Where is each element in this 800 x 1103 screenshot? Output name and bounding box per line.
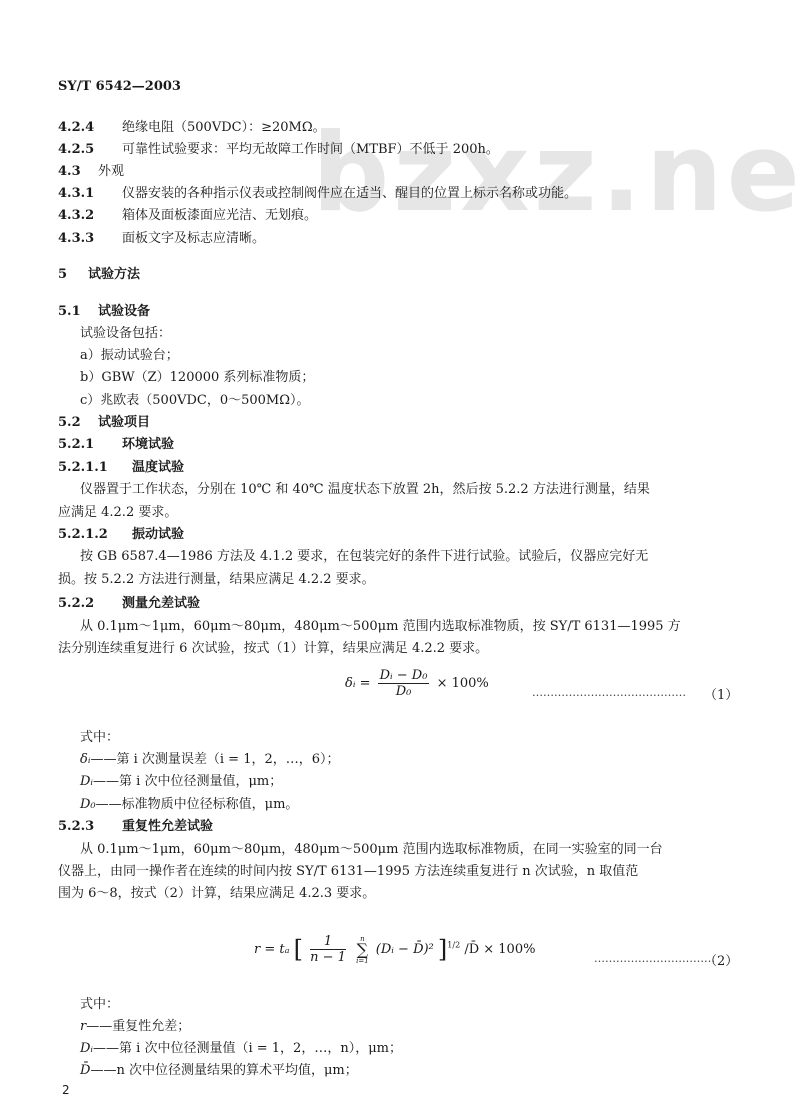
clause-title: 重复性允差试验	[122, 819, 213, 834]
clause-4-3-1: 4.3.1仪器安装的各种指示仪表或控制阀件应在适当、醒目的位置上标示名称或功能。	[58, 186, 577, 202]
paragraph-line: 应满足 4.2.2 要求。	[58, 505, 177, 521]
formula-fraction: 1 n − 1	[310, 934, 346, 965]
left-bracket: [	[294, 936, 303, 964]
page-number: 2	[62, 1083, 70, 1097]
clause-number: 5.1	[58, 304, 98, 320]
clause-5-2: 5.2试验项目	[58, 415, 150, 431]
clause-4-3: 4.3外观	[58, 164, 124, 180]
equipment-item: c）兆欧表（500VDC，0～500MΩ）。	[80, 393, 310, 409]
formula-suffix: /D̄ × 100%	[464, 942, 535, 957]
equipment-item: b）GBW（Z）120000 系列标准物质；	[80, 370, 314, 386]
formula-2: r = tₐ [ 1 n − 1 n∑i=1 (Dᵢ − D̄)² ]1/2 /…	[254, 934, 535, 965]
definition-text: 标准物质中位径标称值，μm。	[122, 797, 299, 812]
chapter-number: 5	[58, 267, 88, 283]
variable-definition: D₀——标准物质中位径标称值，μm。	[80, 797, 298, 813]
clause-4-2-5: 4.2.5可靠性试验要求：平均无故障工作时间（MTBF）不低于 200h。	[58, 142, 499, 158]
clause-title: 振动试验	[132, 527, 184, 542]
clause-title: 温度试验	[132, 460, 184, 475]
clause-text: 面板文字及标志应清晰。	[122, 231, 265, 246]
variable-definition: δᵢ——第 i 次测量误差（i = 1，2，…，6）；	[80, 752, 340, 768]
variable-symbol: Dᵢ	[80, 1041, 93, 1056]
clause-5-2-2: 5.2.2测量允差试验	[58, 596, 200, 612]
paragraph-line: 仪器上，由同一操作者在连续的时间内按 SY/T 6131—1995 方法连续重复…	[58, 864, 638, 880]
formula-lhs: r = tₐ	[254, 942, 289, 957]
formula-exponent: 1/2	[447, 941, 460, 950]
clause-number: 4.3.3	[58, 231, 122, 247]
clause-number: 4.3.2	[58, 208, 122, 224]
paragraph-line: 围为 6～8，按式（2）计算，结果应满足 4.2.3 要求。	[58, 886, 375, 902]
clause-number: 5.2.3	[58, 819, 122, 835]
definition-text: 第 i 次中位径测量值（i = 1，2，…，n），μm；	[119, 1041, 402, 1056]
clause-text: 可靠性试验要求：平均无故障工作时间（MTBF）不低于 200h。	[122, 142, 499, 157]
definition-dash: ——	[93, 1041, 119, 1056]
clause-5-2-1-1: 5.2.1.1温度试验	[58, 460, 184, 476]
fraction-denominator: D₀	[378, 684, 430, 699]
clause-5-2-1: 5.2.1环境试验	[58, 437, 174, 453]
variable-symbol: D₀	[80, 797, 96, 812]
clause-title: 环境试验	[122, 437, 174, 452]
clause-number: 4.2.4	[58, 120, 122, 136]
document-header: SY/T 6542—2003	[58, 79, 181, 95]
definition-dash: ——	[90, 1063, 116, 1078]
formula-lhs: δᵢ =	[345, 676, 370, 691]
formula-leader-dots: ……………………………	[594, 952, 715, 965]
formula-body: (Dᵢ − D̄)²	[376, 942, 434, 957]
variable-symbol: δᵢ	[80, 752, 90, 767]
paragraph-line: 损。按 5.2.2 方法进行测量，结果应满足 4.2.2 要求。	[58, 572, 375, 588]
right-bracket: ]	[438, 936, 447, 964]
where-label: 式中：	[80, 730, 119, 746]
clause-number: 5.2.2	[58, 596, 122, 612]
fraction-denominator: n − 1	[310, 950, 346, 965]
chapter-5-heading: 5试验方法	[58, 267, 140, 283]
formula-fraction: Dᵢ − D₀ D₀	[378, 668, 430, 699]
fraction-numerator: 1	[310, 934, 346, 950]
equipment-item: a）振动试验台；	[80, 348, 179, 364]
definition-dash: ——	[96, 797, 122, 812]
paragraph-line: 按 GB 6587.4—1986 方法及 4.1.2 要求，在包装完好的条件下进…	[80, 549, 648, 565]
definition-dash: ——	[90, 752, 116, 767]
definition-text: 第 i 次测量误差（i = 1，2，…，6）；	[116, 752, 339, 767]
clause-text: 仪器安装的各种指示仪表或控制阀件应在适当、醒目的位置上标示名称或功能。	[122, 186, 577, 201]
clause-number: 5.2.1.2	[58, 527, 132, 543]
summation-symbol: n∑i=1	[356, 935, 369, 965]
definition-dash: ——	[86, 1019, 112, 1034]
clause-number: 4.2.5	[58, 142, 122, 158]
variable-definition: Dᵢ——第 i 次中位径测量值，μm；	[80, 774, 282, 790]
formula-suffix: × 100%	[437, 676, 489, 691]
clause-number: 5.2.1.1	[58, 460, 132, 476]
clause-number: 4.3.1	[58, 186, 122, 202]
clause-number: 5.2.1	[58, 437, 122, 453]
summation-upper: n	[356, 935, 369, 943]
clause-5-2-3: 5.2.3重复性允差试验	[58, 819, 213, 835]
variable-definition: r——重复性允差；	[80, 1019, 190, 1035]
clause-4-3-3: 4.3.3面板文字及标志应清晰。	[58, 231, 265, 247]
formula-1: δᵢ = Dᵢ − D₀ D₀ × 100%	[345, 668, 489, 699]
variable-symbol: D̄	[80, 1063, 90, 1078]
summation-lower: i=1	[356, 957, 369, 965]
definition-text: 第 i 次中位径测量值，μm；	[119, 774, 282, 789]
clause-number: 4.3	[58, 164, 98, 180]
clause-4-3-2: 4.3.2箱体及面板漆面应光洁、无划痕。	[58, 208, 317, 224]
paragraph-line: 从 0.1μm～1μm，60μm～80μm，480μm～500μm 范围内选取标…	[80, 619, 681, 635]
equipment-intro: 试验设备包括：	[80, 326, 171, 342]
clause-title: 试验设备	[98, 304, 150, 319]
variable-definition: D̄——n 次中位径测量结果的算术平均值，μm；	[80, 1063, 358, 1079]
paragraph-line: 从 0.1μm～1μm，60μm～80μm，480μm～500μm 范围内选取标…	[80, 842, 663, 858]
variable-definition: Dᵢ——第 i 次中位径测量值（i = 1，2，…，n），μm；	[80, 1041, 402, 1057]
clause-5-2-1-2: 5.2.1.2振动试验	[58, 527, 184, 543]
clause-5-1: 5.1试验设备	[58, 304, 150, 320]
clause-title: 测量允差试验	[122, 596, 200, 611]
watermark: bzxz.net	[312, 120, 800, 228]
equation-number: （2）	[704, 950, 738, 969]
clause-number: 5.2	[58, 415, 98, 431]
definition-text: n 次中位径测量结果的算术平均值，μm；	[116, 1063, 357, 1078]
chapter-title: 试验方法	[88, 267, 140, 282]
formula-leader-dots: ……………………………………	[532, 686, 686, 699]
paragraph-line: 法分别连续重复进行 6 次试验，按式（1）计算，结果应满足 4.2.2 要求。	[58, 641, 488, 657]
clause-title: 外观	[98, 164, 124, 179]
variable-symbol: Dᵢ	[80, 774, 93, 789]
definition-dash: ——	[93, 774, 119, 789]
clause-text: 箱体及面板漆面应光洁、无划痕。	[122, 208, 317, 223]
fraction-numerator: Dᵢ − D₀	[378, 668, 430, 684]
clause-4-2-4: 4.2.4绝缘电阻（500VDC）：≥20MΩ。	[58, 120, 326, 136]
equation-number: （1）	[704, 684, 738, 703]
definition-text: 重复性允差；	[112, 1019, 190, 1034]
clause-text: 绝缘电阻（500VDC）：≥20MΩ。	[122, 120, 326, 135]
clause-title: 试验项目	[98, 415, 150, 430]
paragraph-line: 仪器置于工作状态，分别在 10℃ 和 40℃ 温度状态下放置 2h，然后按 5.…	[80, 482, 650, 498]
where-label: 式中：	[80, 997, 119, 1013]
